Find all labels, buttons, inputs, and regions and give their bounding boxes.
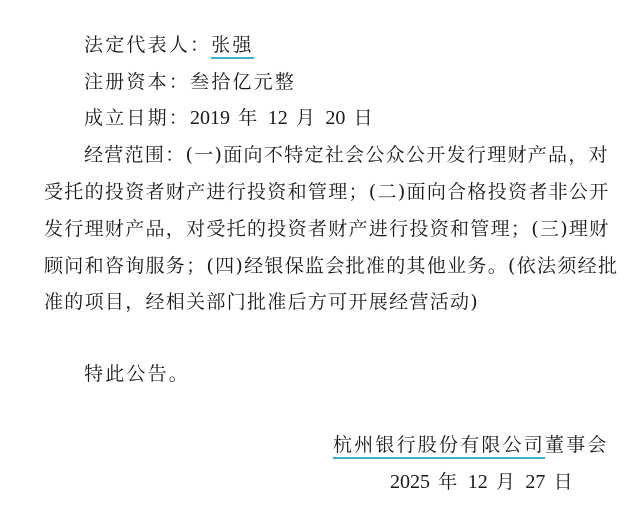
business-scope-line-4: 顾问和咨询服务；(四)经银保监会批准的其他业务。(依法须经批: [44, 254, 618, 278]
established-year-unit: 年: [238, 107, 259, 129]
established-day: 20: [325, 107, 345, 129]
signature-month: 12: [468, 471, 488, 493]
signature-month-unit: 月: [496, 471, 517, 493]
established-year: 2019: [190, 107, 230, 129]
signature-organization: 杭州银行股份有限公司董事会: [333, 433, 609, 457]
signature-day: 27: [525, 471, 545, 493]
closing-statement: 特此公告。: [84, 362, 190, 386]
business-scope-line-1: 经营范围：(一)面向不特定社会公众公开发行理财产品，对: [84, 143, 609, 167]
established-month: 12: [268, 107, 288, 129]
legal-representative-label: 法定代表人：: [84, 34, 211, 56]
company-name-link[interactable]: 杭州银行股份有限公司: [333, 434, 545, 459]
established-date-label: 成立日期：: [84, 107, 190, 129]
business-scope-line-3: 发行理财产品，对受托的投资者财产进行投资和管理；(三)理财: [44, 217, 610, 241]
established-day-unit: 日: [354, 107, 375, 129]
established-date-row: 成立日期：2019 年 12 月 20 日: [84, 106, 375, 130]
board-suffix: 董事会: [545, 434, 609, 456]
legal-representative-row: 法定代表人：张强: [84, 33, 254, 57]
registered-capital-label: 注册资本：: [84, 71, 190, 93]
business-scope-label: 经营范围：: [84, 144, 186, 166]
established-month-unit: 月: [296, 107, 317, 129]
registered-capital-row: 注册资本：叁拾亿元整: [84, 70, 296, 94]
announcement-document: 法定代表人：张强 注册资本：叁拾亿元整 成立日期：2019 年 12 月 20 …: [0, 0, 640, 511]
legal-representative-value[interactable]: 张强: [211, 34, 253, 59]
business-scope-line-2: 受托的投资者财产进行投资和管理；(二)面向合格投资者非公开: [44, 180, 610, 204]
signature-year-unit: 年: [438, 471, 459, 493]
registered-capital-value: 叁拾亿元整: [190, 71, 296, 93]
signature-day-unit: 日: [554, 471, 575, 493]
business-scope-text-1: (一)面向不特定社会公众公开发行理财产品，对: [186, 144, 609, 166]
signature-date: 2025 年 12 月 27 日: [390, 470, 575, 494]
signature-year: 2025: [390, 471, 430, 493]
business-scope-line-5: 准的项目，经相关部门批准后方可开展经营活动): [44, 290, 479, 314]
